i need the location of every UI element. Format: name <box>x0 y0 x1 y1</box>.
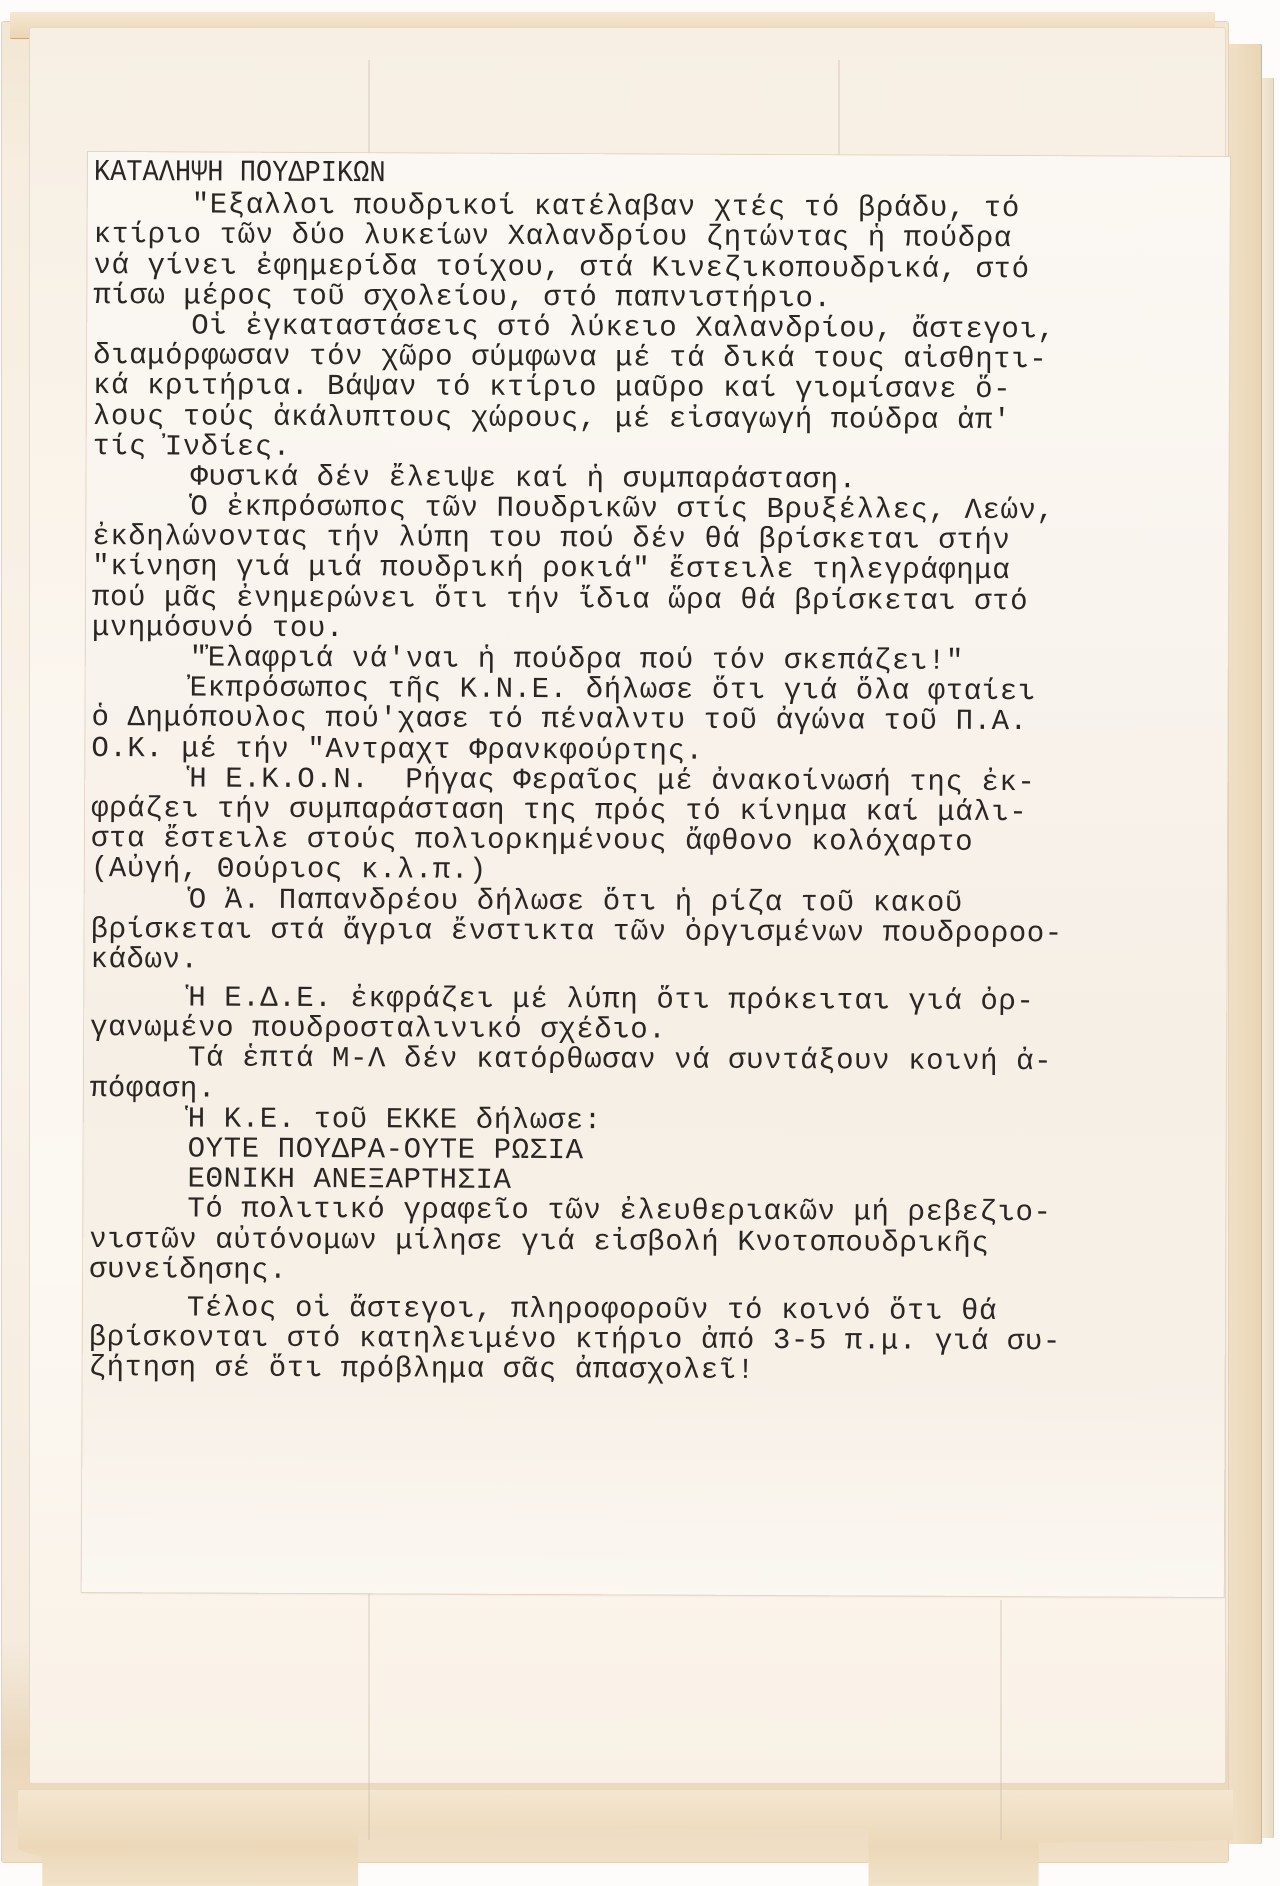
paper-crease <box>1000 1600 1002 1840</box>
text-line: βρίσκεται στά ἄγρια ἔνστικτα τῶν ὀργισμέ… <box>85 915 1227 950</box>
scanned-document: ΚΑΤΑΛΗΨΗ ΠΟΥΔΡΙΚΩΝ "Εξαλλοι πουδρικοί κα… <box>0 0 1280 1886</box>
typed-article: ΚΑΤΑΛΗΨΗ ΠΟΥΔΡΙΚΩΝ "Εξαλλοι πουδρικοί κα… <box>82 152 1230 1597</box>
article-body: ΚΑΤΑΛΗΨΗ ΠΟΥΔΡΙΚΩΝ "Εξαλλοι πουδρικοί κα… <box>83 152 1230 1388</box>
text-line: ζήτηση σέ ὅτι πρόβλημα σᾶς ἀπασχολεῖ! <box>83 1353 1225 1388</box>
text-line: κάδων. <box>84 945 1226 980</box>
text-line: συνείδησης. <box>83 1255 1225 1290</box>
article-title: ΚΑΤΑΛΗΨΗ ΠΟΥΔΡΙΚΩΝ <box>88 156 1230 195</box>
text-line: Τά ἑπτά Μ-Λ δέν κατόρθωσαν νά συντάξουν … <box>84 1043 1226 1078</box>
